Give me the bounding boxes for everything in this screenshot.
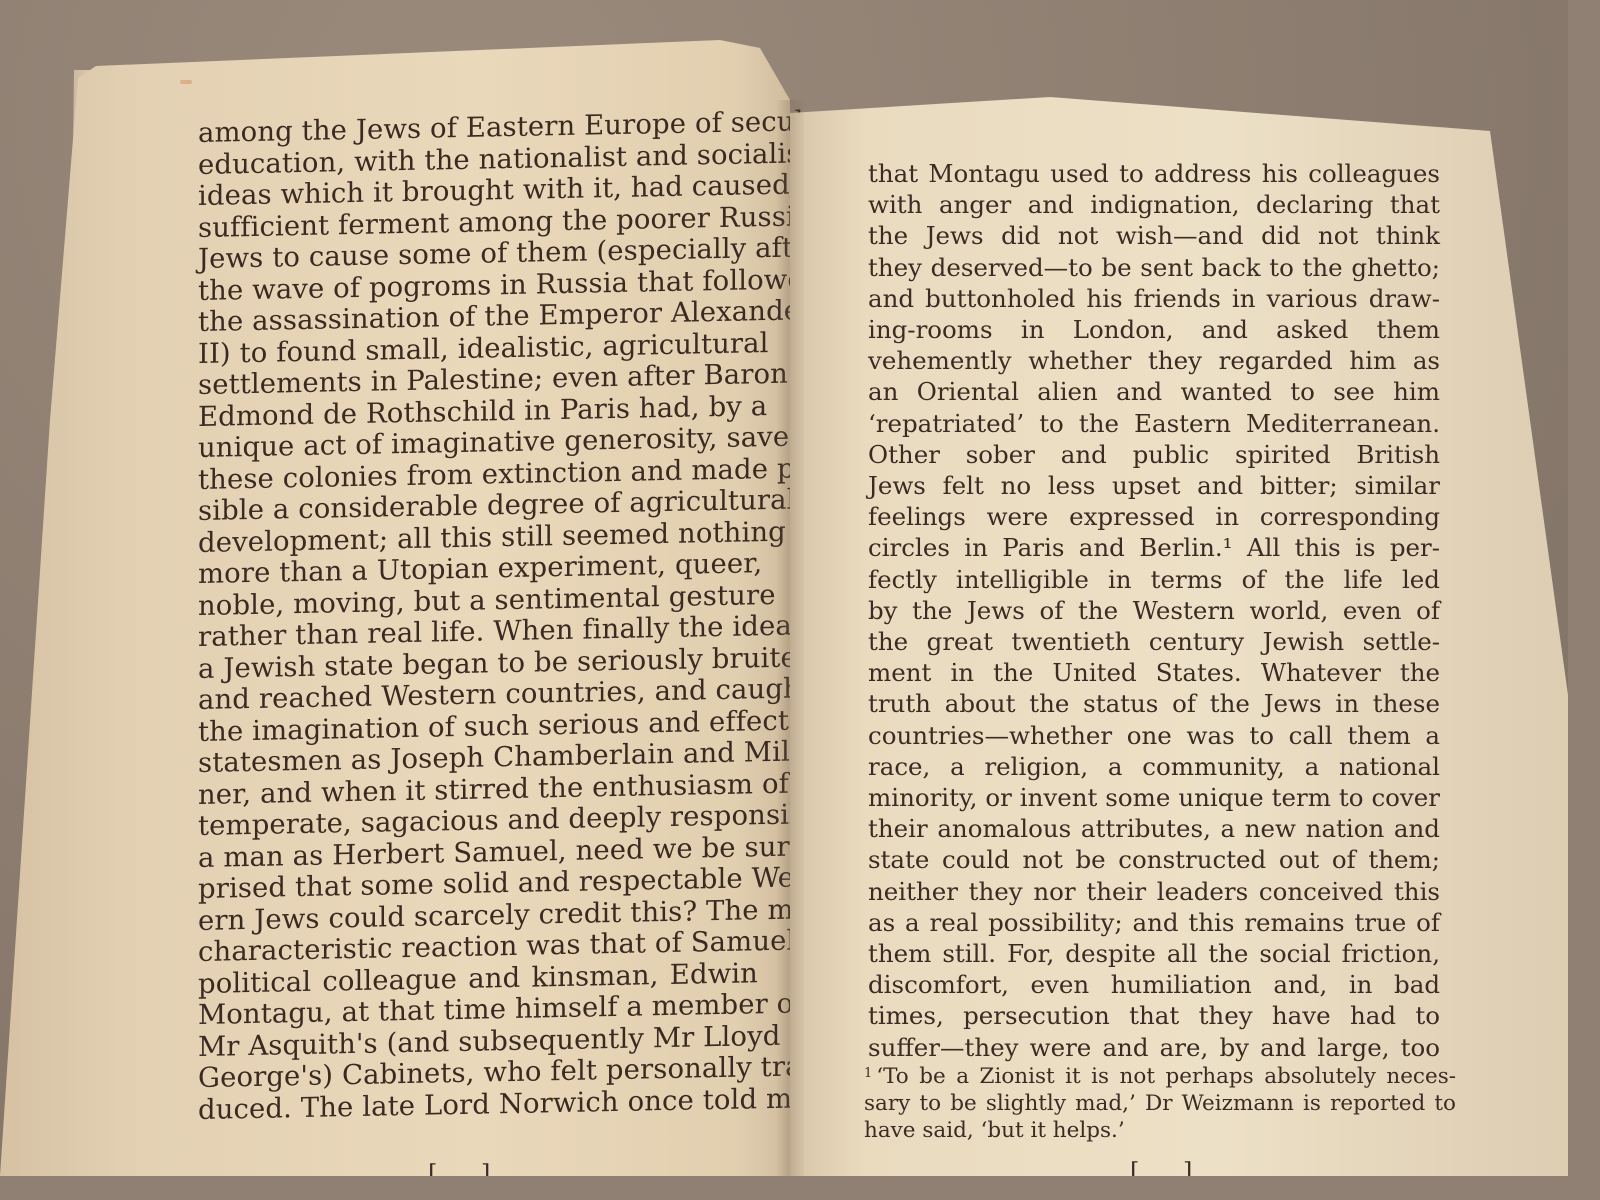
footnote-marker: 1 [864,1066,872,1081]
text-line: truth about the status of the Jews in th… [868,688,1440,719]
text-line: ment in the United States. Whatever the [868,657,1440,688]
text-line: circles in Paris and Berlin.¹ All this i… [868,532,1440,563]
text-line: their anomalous attributes, a new nation… [868,813,1440,844]
paper-stain [180,80,192,84]
text-line: Jews felt no less upset and bitter; simi… [868,470,1440,501]
text-line: vehemently whether they regarded him as [868,345,1440,376]
text-line: the great twentieth century Jewish settl… [868,626,1440,657]
text-line: an Oriental alien and wanted to see him [868,376,1440,407]
text-line: countries—whether one was to call them a [868,720,1440,751]
right-page-number: [ ] [1130,1158,1210,1176]
footnote-line: 1‘To be a Zionist it is not perhaps abso… [864,1060,1456,1090]
text-line: the Jews did not wish—and did not think [868,220,1440,251]
left-page-number: [ ] [428,1160,508,1176]
text-line: times, persecution that they have had to [868,1000,1440,1031]
footnote-text: ‘To be a Zionist it is not perhaps absol… [876,1064,1456,1089]
text-line: race, a religion, a community, a nationa… [868,751,1440,782]
text-line: neither they nor their leaders conceived… [868,876,1440,907]
text-line: with anger and indignation, declaring th… [868,189,1440,220]
text-line: by the Jews of the Western world, even o… [868,595,1440,626]
text-line: feelings were expressed in corresponding [868,501,1440,532]
text-line: they deserved—to be sent back to the ghe… [868,252,1440,283]
right-page-body-text: that Montagu used to address his colleag… [868,158,1440,1063]
left-page-body-text: among the Jews of Eastern Europe of secu… [198,107,758,1126]
text-line: ing-rooms in London, and asked them [868,314,1440,345]
footnote-line: have said, ‘but it helps.’ [864,1117,1456,1144]
text-line: minority, or invent some unique term to … [868,782,1440,813]
book-spine-gutter [776,100,804,1176]
text-line: suffer—they were and are, by and large, … [868,1032,1440,1063]
text-line: state could not be constructed out of th… [868,844,1440,875]
text-line: discomfort, even humiliation and, in bad [868,969,1440,1000]
text-line: Other sober and public spirited British [868,439,1440,470]
text-line: them still. For, despite all the social … [868,938,1440,969]
text-line: that Montagu used to address his colleag… [868,158,1440,189]
footnote-line: sary to be slightly mad,’ Dr Weizmann is… [864,1090,1456,1117]
text-line: fectly intelligible in terms of the life… [868,564,1440,595]
text-line: ‘repatriated’ to the Eastern Mediterrane… [868,408,1440,439]
footnote: 1‘To be a Zionist it is not perhaps abso… [864,1060,1456,1144]
text-line: as a real possibility; and this remains … [868,907,1440,938]
text-line: and buttonholed his friends in various d… [868,283,1440,314]
